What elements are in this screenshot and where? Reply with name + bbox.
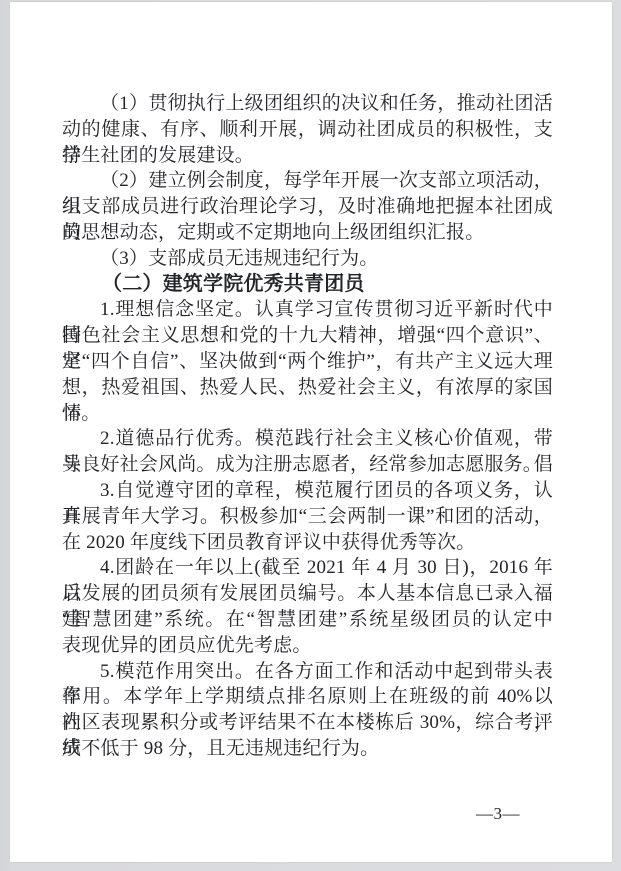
text-line: 织支部成员进行政治理论学习，及时准确地把握本社团成员	[62, 194, 553, 220]
text-line: “智慧团建”系统。在“智慧团建”系统星级团员的认定中	[62, 607, 553, 633]
text-line: 后发展的团员须有发展团员编号。本人基本信息已录入福建	[62, 581, 553, 607]
text-line: （1）贯彻执行上级团组织的决议和任务，推动社团活	[62, 91, 553, 117]
document-page: （1）贯彻执行上级团组织的决议和任务，推动社团活动的健康、有序、顺利开展，调动社…	[10, 2, 612, 862]
text-line: 绩不低于 98 分，且无违规违纪行为。	[62, 736, 553, 762]
document-body: （1）贯彻执行上级团组织的决议和任务，推动社团活动的健康、有序、顺利开展，调动社…	[62, 91, 553, 762]
text-line: 5.模范作用突出。在各方面工作和活动中起到带头表率	[62, 659, 553, 685]
text-line: 在 2020 年度线下团员教育评议中获得优秀等次。	[62, 530, 553, 556]
text-line: （3）支部成员无违规违纪行为。	[62, 246, 553, 272]
text-line: 特色社会主义思想和党的十九大精神，增强“四个意识”、坚	[62, 323, 553, 349]
text-line: 作用。本学年上学期绩点排名原则上在班级的前 40%以内，	[62, 684, 553, 710]
page-number: —3—	[476, 804, 520, 824]
text-line: 怀。	[62, 401, 553, 427]
text-line: 学生社团的发展建设。	[62, 143, 553, 169]
text-line: 4.团龄在一年以上(截至 2021 年 4 月 30 日)，2016 年以	[62, 555, 553, 581]
text-line: 社区表现累积分或考评结果不在本楼栋后 30%，综合考评成	[62, 710, 553, 736]
text-line: 3.自觉遵守团的章程，模范履行团员的各项义务，认真	[62, 478, 553, 504]
page-canvas: （1）贯彻执行上级团组织的决议和任务，推动社团活动的健康、有序、顺利开展，调动社…	[0, 0, 621, 871]
text-line: 导良好社会风尚。成为注册志愿者，经常参加志愿服务。	[62, 452, 553, 478]
text-line: 定“四个自信”、坚决做到“两个维护”，有共产主义远大理	[62, 349, 553, 375]
text-line: 表现优异的团员应优先考虑。	[62, 633, 553, 659]
text-line: 1.理想信念坚定。认真学习宣传贯彻习近平新时代中国	[62, 297, 553, 323]
text-line: （2）建立例会制度，每学年开展一次支部立项活动，组	[62, 168, 553, 194]
text-line: 2.道德品行优秀。模范践行社会主义核心价值观，带头倡	[62, 426, 553, 452]
text-line: 动的健康、有序、顺利开展，调动社团成员的积极性，支持	[62, 117, 553, 143]
text-line: 开展青年大学习。积极参加“三会两制一课”和团的活动，	[62, 504, 553, 530]
text-line: 的思想动态，定期或不定期地向上级团组织汇报。	[62, 220, 553, 246]
section-heading: （二）建筑学院优秀共青团员	[62, 272, 553, 298]
text-line: 想，热爱祖国、热爱人民、热爱社会主义，有浓厚的家国情	[62, 375, 553, 401]
